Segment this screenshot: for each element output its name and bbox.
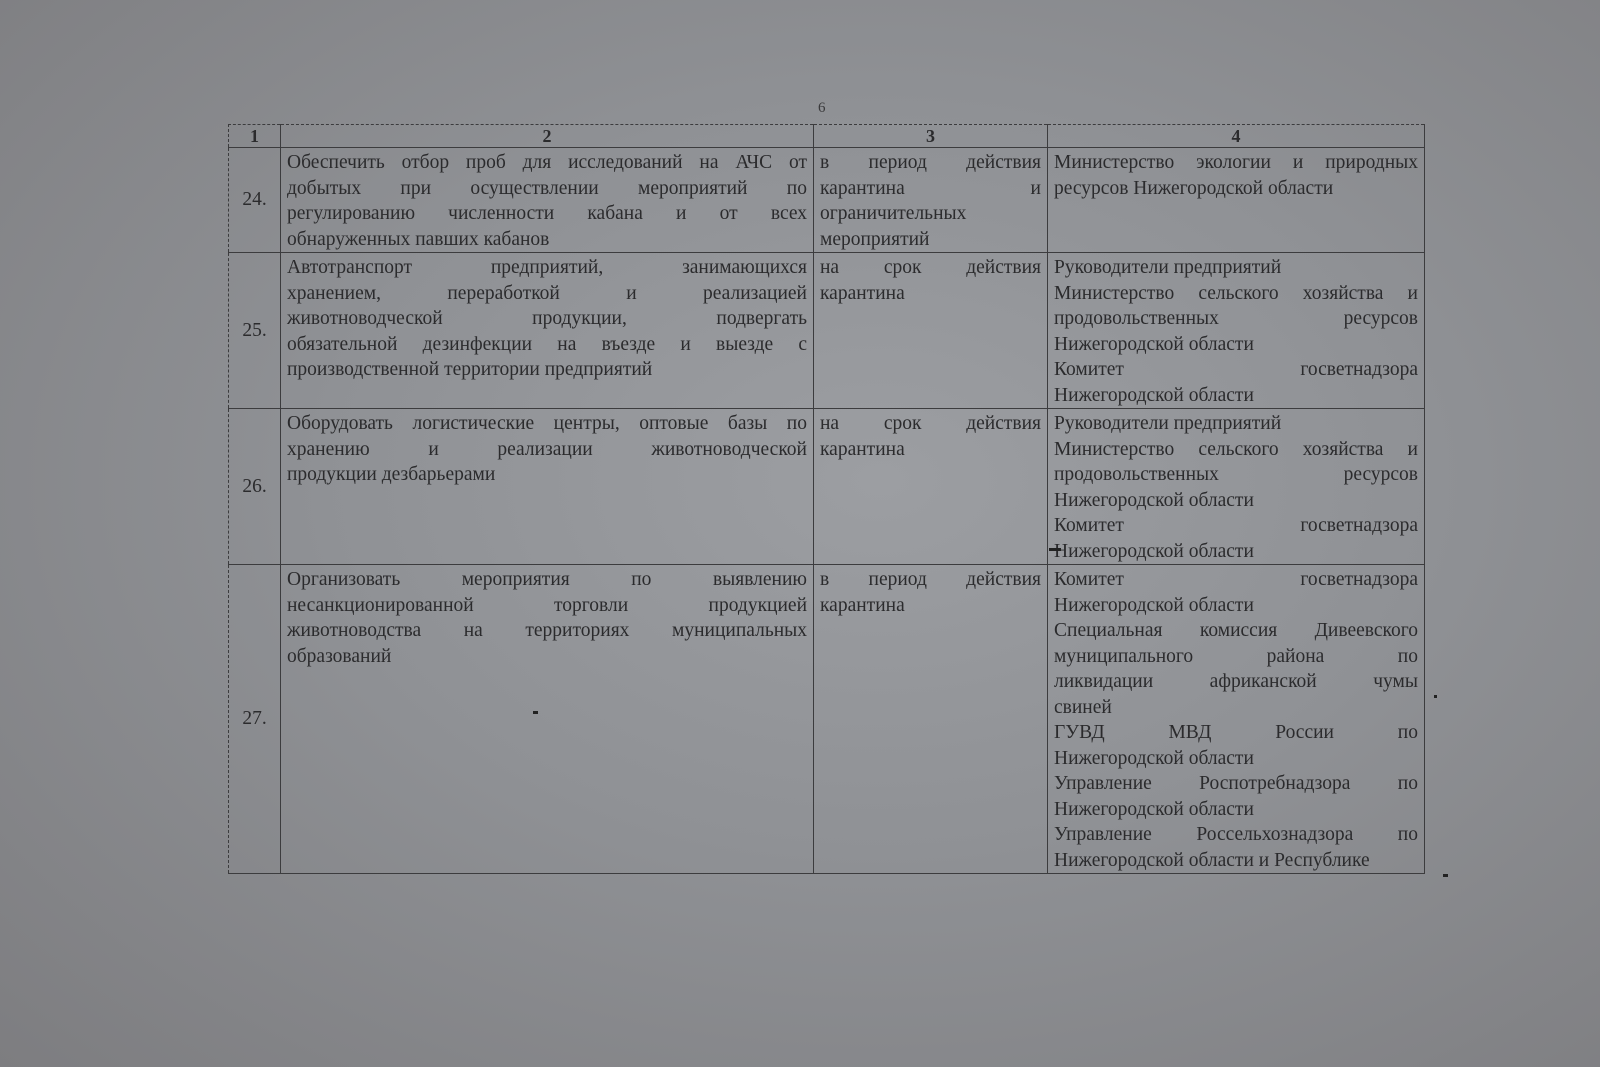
table-row: 27.Организовать мероприятия по выявлению… xyxy=(229,565,1425,874)
text-line: образований xyxy=(287,644,807,670)
responsible-entry: Управление Россельхознадзора поНижегород… xyxy=(1054,822,1418,873)
table-row: 24.Обеспечить отбор проб для исследовани… xyxy=(229,148,1425,253)
text-line: Комитет госветнадзора xyxy=(1054,513,1418,539)
measures-table: 1 2 3 4 24.Обеспечить отбор проб для исс… xyxy=(228,124,1425,874)
measure-cell: Обеспечить отбор проб для исследований н… xyxy=(281,148,814,253)
text-line: на срок действия xyxy=(820,411,1041,437)
table-row: 25.Автотранспорт предприятий, занимающих… xyxy=(229,253,1425,409)
text-line: продовольственных ресурсов xyxy=(1054,462,1418,488)
responsible-cell: Руководители предприятийМинистерство сел… xyxy=(1048,253,1425,409)
text-line: продукции дезбарьерами xyxy=(287,462,807,488)
text-line: добытых при осуществлении мероприятий по xyxy=(287,176,807,202)
term-cell: в период действиякарантина xyxy=(814,565,1048,874)
responsible-cell: Руководители предприятийМинистерство сел… xyxy=(1048,409,1425,565)
text-line: на срок действия xyxy=(820,255,1041,281)
text-line: Министерство сельского хозяйства и xyxy=(1054,281,1418,307)
text-line: Руководители предприятий xyxy=(1054,411,1418,437)
text-line: карантина xyxy=(820,281,1041,307)
text-line: Организовать мероприятия по выявлению xyxy=(287,567,807,593)
text-line: обязательной дезинфекции на въезде и вые… xyxy=(287,332,807,358)
text-line: Нижегородской области xyxy=(1054,488,1418,514)
responsible-entry: Министерство сельского хозяйства ипродов… xyxy=(1054,281,1418,358)
text-line: хранением, переработкой и реализацией xyxy=(287,281,807,307)
column-header-1: 1 xyxy=(229,125,281,148)
text-line: ограничительных xyxy=(820,201,1041,227)
text-line: Комитет госветнадзора xyxy=(1054,567,1418,593)
responsible-entry: Специальная комиссия Дивеевскогомуниципа… xyxy=(1054,618,1418,720)
responsible-entry: Комитет госветнадзораНижегородской облас… xyxy=(1054,513,1418,564)
text-line: Министерство экологии и природных xyxy=(1054,150,1418,176)
term-cell: на срок действиякарантина xyxy=(814,409,1048,565)
measure-cell: Оборудовать логистические центры, оптовы… xyxy=(281,409,814,565)
text-line: Комитет госветнадзора xyxy=(1054,357,1418,383)
text-line: обнаруженных павших кабанов xyxy=(287,227,807,253)
responsible-cell: Комитет госветнадзораНижегородской облас… xyxy=(1048,565,1425,874)
text-line: ликвидации африканской чумы xyxy=(1054,669,1418,695)
text-line: Оборудовать логистические центры, оптовы… xyxy=(287,411,807,437)
term-cell: на срок действиякарантина xyxy=(814,253,1048,409)
column-header-3: 3 xyxy=(814,125,1048,148)
text-line: Управление Россельхознадзора по xyxy=(1054,822,1418,848)
measure-cell: Автотранспорт предприятий, занимающихсях… xyxy=(281,253,814,409)
scan-mark xyxy=(1434,695,1437,698)
text-line: Нижегородской области xyxy=(1054,593,1418,619)
responsible-entry: Руководители предприятий xyxy=(1054,411,1418,437)
text-line: мероприятий xyxy=(820,227,1041,253)
text-line: животноводческой продукции, подвергать xyxy=(287,306,807,332)
responsible-entry: Комитет госветнадзораНижегородской облас… xyxy=(1054,567,1418,618)
text-line: карантина xyxy=(820,437,1041,463)
row-number: 25. xyxy=(229,253,281,409)
text-line: карантина и xyxy=(820,176,1041,202)
text-line: карантина xyxy=(820,593,1041,619)
row-number: 27. xyxy=(229,565,281,874)
text-line: Руководители предприятий xyxy=(1054,255,1418,281)
text-line: Автотранспорт предприятий, занимающихся xyxy=(287,255,807,281)
table-row: 26.Оборудовать логистические центры, опт… xyxy=(229,409,1425,565)
text-line: Министерство сельского хозяйства и xyxy=(1054,437,1418,463)
table-header-row: 1 2 3 4 xyxy=(229,125,1425,148)
responsible-entry: Руководители предприятий xyxy=(1054,255,1418,281)
text-line: в период действия xyxy=(820,150,1041,176)
text-line: производственной территории предприятий xyxy=(287,357,807,383)
text-line: Нижегородской области и Республике xyxy=(1054,848,1418,874)
responsible-cell: Министерство экологии и природныхресурсо… xyxy=(1048,148,1425,253)
text-line: животноводства на территориях муниципаль… xyxy=(287,618,807,644)
text-line: несанкционированной торговли продукцией xyxy=(287,593,807,619)
column-header-2: 2 xyxy=(281,125,814,148)
scan-mark xyxy=(1049,548,1061,551)
column-header-4: 4 xyxy=(1048,125,1425,148)
text-line: свиней xyxy=(1054,695,1418,721)
text-line: продовольственных ресурсов xyxy=(1054,306,1418,332)
page-number: 6 xyxy=(818,100,826,117)
measure-cell: Организовать мероприятия по выявлениюнес… xyxy=(281,565,814,874)
text-line: Нижегородской области xyxy=(1054,332,1418,358)
scan-mark xyxy=(533,711,538,714)
scan-mark xyxy=(1443,874,1448,877)
text-line: ГУВД МВД России по xyxy=(1054,720,1418,746)
responsible-entry: ГУВД МВД России поНижегородской области xyxy=(1054,720,1418,771)
term-cell: в период действиякарантина иограничитель… xyxy=(814,148,1048,253)
responsible-entry: Министерство экологии и природныхресурсо… xyxy=(1054,150,1418,201)
text-line: Нижегородской области xyxy=(1054,797,1418,823)
responsible-entry: Министерство сельского хозяйства ипродов… xyxy=(1054,437,1418,514)
text-line: Специальная комиссия Дивеевского xyxy=(1054,618,1418,644)
responsible-entry: Управление Роспотребнадзора поНижегородс… xyxy=(1054,771,1418,822)
responsible-entry: Комитет госветнадзораНижегородской облас… xyxy=(1054,357,1418,408)
text-line: ресурсов Нижегородской области xyxy=(1054,176,1418,202)
row-number: 26. xyxy=(229,409,281,565)
text-line: Нижегородской области xyxy=(1054,746,1418,772)
text-line: в период действия xyxy=(820,567,1041,593)
text-line: Управление Роспотребнадзора по xyxy=(1054,771,1418,797)
text-line: муниципального района по xyxy=(1054,644,1418,670)
text-line: Нижегородской области xyxy=(1054,383,1418,409)
text-line: регулированию численности кабана и от вс… xyxy=(287,201,807,227)
text-line: Нижегородской области xyxy=(1054,539,1418,565)
text-line: Обеспечить отбор проб для исследований н… xyxy=(287,150,807,176)
row-number: 24. xyxy=(229,148,281,253)
text-line: хранению и реализации животноводческой xyxy=(287,437,807,463)
